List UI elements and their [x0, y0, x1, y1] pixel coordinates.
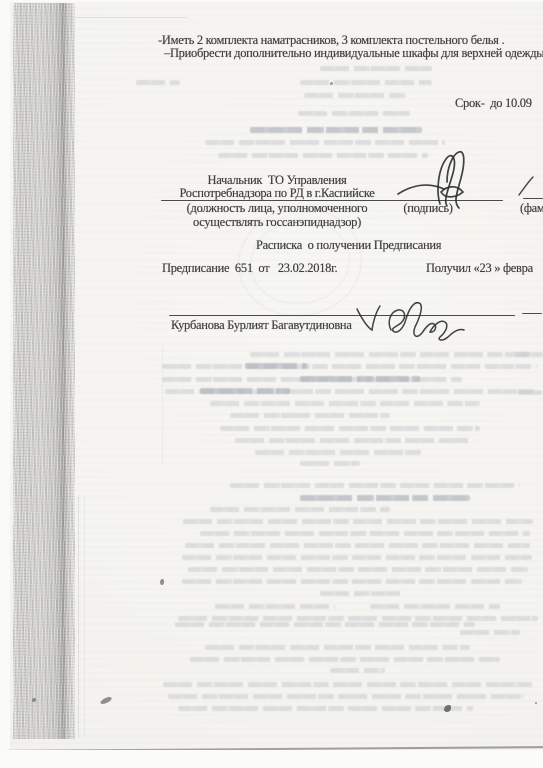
bleedthrough-text-line [178, 616, 538, 621]
bleedthrough-text-line [190, 657, 500, 662]
bleedthrough-text-line [210, 507, 390, 512]
bleedthrough-text-line [250, 127, 422, 133]
bleedthrough-text-line [255, 450, 425, 455]
official-signature [396, 150, 506, 212]
bleedthrough-text-line [178, 706, 473, 711]
bleedthrough-text-line [205, 140, 445, 145]
bleedthrough-text-line [370, 604, 500, 609]
fold-line [78, 495, 79, 738]
bleedthrough-text-line [300, 495, 470, 501]
page-binding-edge [13, 3, 75, 739]
bleedthrough-text-line [300, 461, 360, 466]
bleedthrough-text-line [245, 363, 307, 369]
fold-line [84, 495, 85, 738]
bleedthrough-text-line [205, 645, 470, 650]
bleedthrough-text-line [175, 622, 475, 627]
bleedthrough-text-line [460, 630, 520, 635]
recipient-name: Курбанова Бурлият Багавутдиновна [171, 318, 352, 333]
bleedthrough-text-line [200, 388, 290, 394]
bleedthrough-text-line [250, 352, 530, 357]
position-note-line-2: осуществлять госсанэпиднадзор) [160, 215, 394, 230]
surname-line [523, 198, 543, 199]
bleedthrough-text-line [210, 401, 480, 406]
bleedthrough-text-line [182, 579, 522, 584]
bleedthrough-text-line [304, 93, 406, 98]
bleedthrough-text-line [230, 483, 520, 488]
fold-line [162, 345, 163, 465]
surname-caption: (фами [520, 201, 543, 216]
bleedthrough-text-line [330, 668, 385, 673]
bleedthrough-text-line [185, 543, 530, 548]
recipient-signature [352, 297, 472, 347]
bleedthrough-text-line [163, 682, 533, 687]
receipt-heading: Расписка о получении Предписания [256, 238, 441, 253]
bleedthrough-text-line [220, 426, 480, 431]
deadline-text: Срок- до 10.09 [455, 96, 532, 111]
bleedthrough-text-line [162, 364, 537, 369]
surname-initial-stroke [517, 176, 535, 196]
bleedthrough-text-line [183, 519, 533, 524]
bleedthrough-text-line [320, 66, 432, 71]
bleedthrough-text-line [518, 390, 542, 395]
bleedthrough-text-line [298, 111, 410, 116]
bleedthrough-text-line [515, 352, 543, 357]
bleedthrough-text-line [215, 604, 335, 609]
ink-speck [535, 702, 537, 704]
bleedthrough-text-line [188, 567, 528, 572]
bleedthrough-text-line [168, 694, 523, 699]
page-top-edge [75, 17, 187, 18]
bleedthrough-text-line [320, 591, 405, 596]
bleedthrough-text-line [235, 438, 470, 443]
scanned-document: -Иметь 2 комплекта наматрасников, 3 комп… [0, 0, 543, 768]
recipient-signature-line-fragment [522, 313, 542, 314]
bleedthrough-text-line [300, 376, 420, 382]
bleedthrough-text-line [136, 80, 180, 85]
scanner-background [0, 750, 543, 768]
requirement-line-2: –Приобрести дополнительно индивидуальные… [164, 46, 543, 61]
bleedthrough-text-line [182, 555, 532, 560]
received-date-line: Получил «23 » февра [426, 261, 533, 276]
signatory-position-line-2: Роспотребнадзора по РД в г.Каспийске [160, 186, 394, 201]
bleedthrough-text-line [230, 413, 390, 418]
bleedthrough-text-line [300, 80, 432, 85]
prescription-number-line: Предписание 651 от 23.02.2018г. [162, 261, 337, 276]
bleedthrough-text-line [200, 531, 530, 536]
